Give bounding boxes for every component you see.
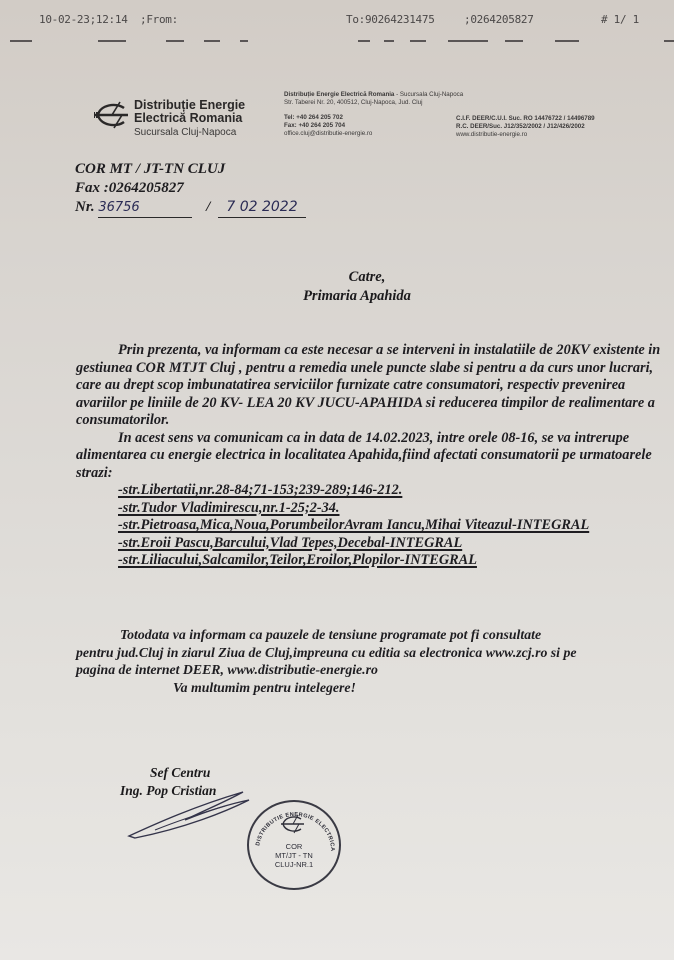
stamp-line-2: MT/JT - TN (247, 851, 341, 860)
letter-closing: Totodata va informam ca pauzele de tensi… (76, 626, 674, 696)
company-address: Str. Taberei Nr. 20, 400512, Cluj-Napoca… (284, 99, 463, 107)
reference-block: COR MT / JT-TN CLUJ Fax :0264205827 Nr. … (75, 160, 306, 218)
company-email: office.cluj@distributie-energie.ro (284, 130, 463, 138)
company-website: www.distributie-energie.ro (456, 131, 595, 139)
official-stamp: DISTRIBUTIE ENERGIE ELECTRICA ROMANIA CO… (247, 800, 343, 892)
salutation: Catre, (0, 268, 674, 287)
street-item: -str.Liliacului,Salcamilor,Teilor,Eroilo… (76, 552, 674, 570)
company-logo: Distribuție Energie Electrică Romania Su… (94, 96, 274, 146)
handwritten-signature (125, 790, 255, 840)
closing-thanks: Va multumim pentru intelegere! (76, 679, 674, 697)
registration-number-line: Nr. 36756 / 7 02 2022 (75, 198, 306, 218)
department-fax: Fax :0264205827 (75, 179, 306, 198)
closing-line-2: pentru jud.Cluj in ziarul Ziua de Cluj,i… (76, 644, 674, 662)
signer-title: Sef Centru (120, 764, 216, 782)
brand-branch: Sucursala Cluj-Napoca (134, 127, 236, 138)
recipient-block: Catre, Primaria Apahida (0, 268, 674, 306)
street-item: -str.Pietroasa,Mica,Noua,PorumbeilorAvra… (76, 517, 674, 535)
company-branch-suffix: - Sucursala Cluj-Napoca (394, 91, 463, 98)
street-item: -str.Tudor Vladimirescu,nr.1-25;2-34. (76, 500, 674, 518)
company-fax: Fax: +40 264 205 704 (284, 122, 463, 130)
brand-name-line1: Distribuție Energie (134, 99, 245, 112)
fax-sender-number: ;0264205827 (464, 13, 534, 26)
closing-line-1: Totodata va informam ca pauzele de tensi… (76, 626, 674, 644)
company-rc: R.C. DEER/Suc. J12/352/2002 / J12/426/20… (456, 123, 595, 131)
body-paragraph-outage: In acest sens va comunicam ca in data de… (76, 430, 674, 483)
fax-transmission-header: 10-02-23;12:14 ;From: To:90264231475 ;02… (0, 13, 674, 29)
company-name: Distribuție Energie Electrică Romania (284, 91, 394, 98)
company-contact-block: Distribuție Energie Electrică Romania - … (284, 91, 463, 138)
fax-to-number: To:90264231475 (346, 13, 435, 26)
fax-header-rule (0, 40, 674, 42)
lightning-plug-icon (94, 100, 130, 130)
company-tel: Tel: +40 264 205 702 (284, 114, 463, 122)
street-item: -str.Libertatii,nr.28-84;71-153;239-289;… (76, 482, 674, 500)
stamp-line-3: CLUJ-NR.1 (247, 860, 341, 869)
body-paragraph-intro: Prin prezenta, va informam ca este neces… (76, 342, 674, 430)
fax-document-page: 10-02-23;12:14 ;From: To:90264231475 ;02… (0, 0, 674, 960)
company-registration-block: C.I.F. DEER/C.U.I. Suc. RO 14476722 / 14… (456, 115, 595, 139)
street-item: -str.Eroii Pascu,Barcului,Vlad Tepes,Dec… (76, 535, 674, 553)
fax-from: ;From: (140, 13, 178, 26)
nr-separator: / (206, 199, 210, 215)
registration-number: 36756 (98, 200, 139, 215)
stamp-line-1: COR (247, 842, 341, 851)
closing-line-3: pagina de internet DEER, www.distributie… (76, 661, 674, 679)
nr-label: Nr. (75, 199, 95, 215)
registration-date: 7 02 2022 (226, 199, 297, 215)
brand-name-line2: Electrică Romania (134, 112, 245, 125)
department-name: COR MT / JT-TN CLUJ (75, 160, 306, 179)
recipient-name: Primaria Apahida (0, 287, 674, 306)
affected-streets-list: -str.Libertatii,nr.28-84;71-153;239-289;… (76, 482, 674, 570)
fax-page-counter: # 1/ 1 (601, 13, 639, 26)
letter-body: Prin prezenta, va informam ca este neces… (76, 342, 674, 570)
company-cif: C.I.F. DEER/C.U.I. Suc. RO 14476722 / 14… (456, 115, 595, 123)
fax-timestamp: 10-02-23;12:14 (39, 13, 128, 26)
